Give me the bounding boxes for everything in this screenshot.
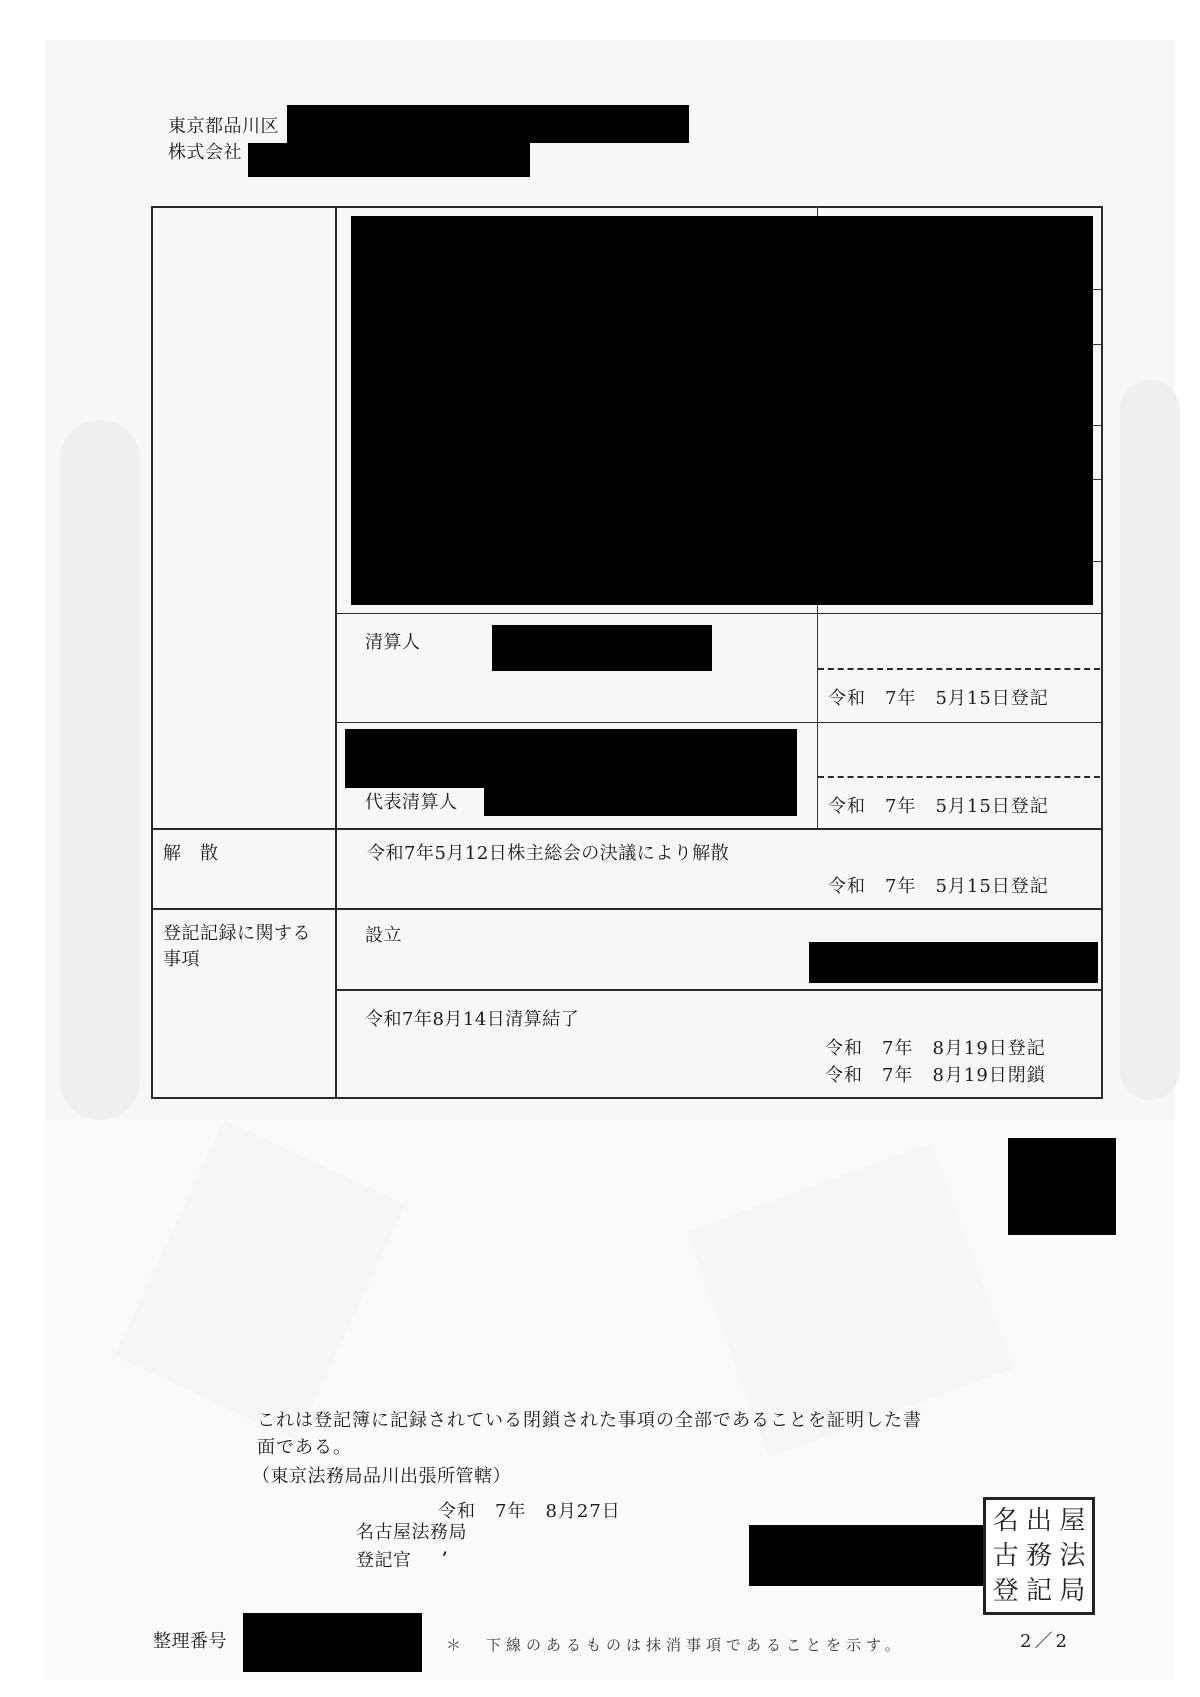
dashed-divider bbox=[818, 776, 1100, 778]
address-prefix: 東京都品川区 bbox=[168, 117, 279, 137]
official-seal: 名 出 屋 古 務 法 登 記 局 bbox=[983, 1497, 1095, 1615]
legal-bureau: 名古屋法務局 bbox=[356, 1523, 467, 1543]
registry-record-label-line1: 登記記録に関する bbox=[163, 924, 311, 944]
jurisdiction: （東京法務局品川出張所管轄） bbox=[252, 1467, 511, 1487]
row-tick bbox=[1093, 479, 1101, 480]
establishment-label: 設立 bbox=[365, 926, 402, 946]
registry-record-label-line2: 事項 bbox=[163, 950, 200, 970]
row-tick bbox=[1093, 561, 1101, 562]
dissolution-content: 令和7年5月12日株主総会の決議により解散 bbox=[367, 844, 729, 864]
certification-line2: 面である。 bbox=[257, 1438, 352, 1458]
seal-char: 屋 bbox=[1056, 1503, 1089, 1538]
seal-char: 出 bbox=[1022, 1503, 1055, 1538]
liquidator-registered-date: 令和 7年 5月15日登記 bbox=[828, 684, 1049, 710]
seal-char: 古 bbox=[989, 1538, 1022, 1573]
company-prefix: 株式会社 bbox=[168, 143, 242, 163]
redacted-liquidator-name bbox=[492, 625, 712, 671]
redacted-company-name bbox=[248, 143, 530, 177]
registrar-mark: ’ bbox=[442, 1548, 448, 1567]
underline-footnote: ＊ 下線のあるものは抹消事項であることを示す。 bbox=[446, 1634, 905, 1655]
redacted-registrar-name bbox=[749, 1525, 985, 1586]
registrar-label: 登記官 bbox=[356, 1551, 412, 1571]
seal-char: 登 bbox=[989, 1574, 1022, 1609]
row-tick bbox=[1093, 344, 1101, 345]
table-column-divider bbox=[335, 206, 337, 1097]
row-tick bbox=[1093, 425, 1101, 426]
row-divider bbox=[335, 722, 1101, 723]
reference-number-label: 整理番号 bbox=[153, 1632, 227, 1652]
dissolution-label: 解 散 bbox=[163, 844, 219, 864]
representative-liquidator-label: 代表清算人 bbox=[365, 793, 458, 813]
seal-char: 名 bbox=[989, 1503, 1022, 1538]
redacted-representative-address bbox=[345, 729, 797, 788]
watermark-shape bbox=[1120, 380, 1180, 1100]
redacted-stamp-area bbox=[1008, 1138, 1116, 1235]
dissolution-registered-date: 令和 7年 5月15日登記 bbox=[828, 872, 1049, 898]
row-divider bbox=[335, 989, 1101, 991]
section-divider bbox=[151, 828, 1101, 830]
liquidation-registered-date: 令和 7年 8月19日登記 bbox=[825, 1034, 1046, 1060]
redacted-address bbox=[287, 105, 689, 143]
dashed-divider bbox=[818, 668, 1100, 670]
watermark-shape bbox=[60, 420, 140, 1120]
seal-char: 記 bbox=[1022, 1574, 1055, 1609]
section-divider bbox=[151, 908, 1101, 910]
certification-line1: これは登記簿に記録されている閉鎖された事項の全部であることを証明した書 bbox=[257, 1411, 922, 1431]
row-tick bbox=[1093, 289, 1101, 290]
liquidation-content: 令和7年8月14日清算結了 bbox=[365, 1010, 579, 1030]
row-divider bbox=[335, 613, 1101, 614]
liquidator-label: 清算人 bbox=[365, 633, 421, 653]
redacted-reference-number bbox=[243, 1613, 422, 1672]
record-closed-date: 令和 7年 8月19日閉鎖 bbox=[825, 1061, 1046, 1087]
redacted-establishment-date bbox=[809, 942, 1098, 983]
representative-registered-date: 令和 7年 5月15日登記 bbox=[828, 792, 1049, 818]
redacted-representative-name bbox=[484, 786, 797, 816]
page-number: 2／2 bbox=[1020, 1632, 1070, 1652]
redacted-officer-block bbox=[351, 216, 1093, 605]
seal-char: 局 bbox=[1056, 1574, 1089, 1609]
seal-char: 法 bbox=[1056, 1538, 1089, 1573]
seal-char: 務 bbox=[1022, 1538, 1055, 1573]
certification-date: 令和 7年 8月27日 bbox=[438, 1497, 621, 1523]
